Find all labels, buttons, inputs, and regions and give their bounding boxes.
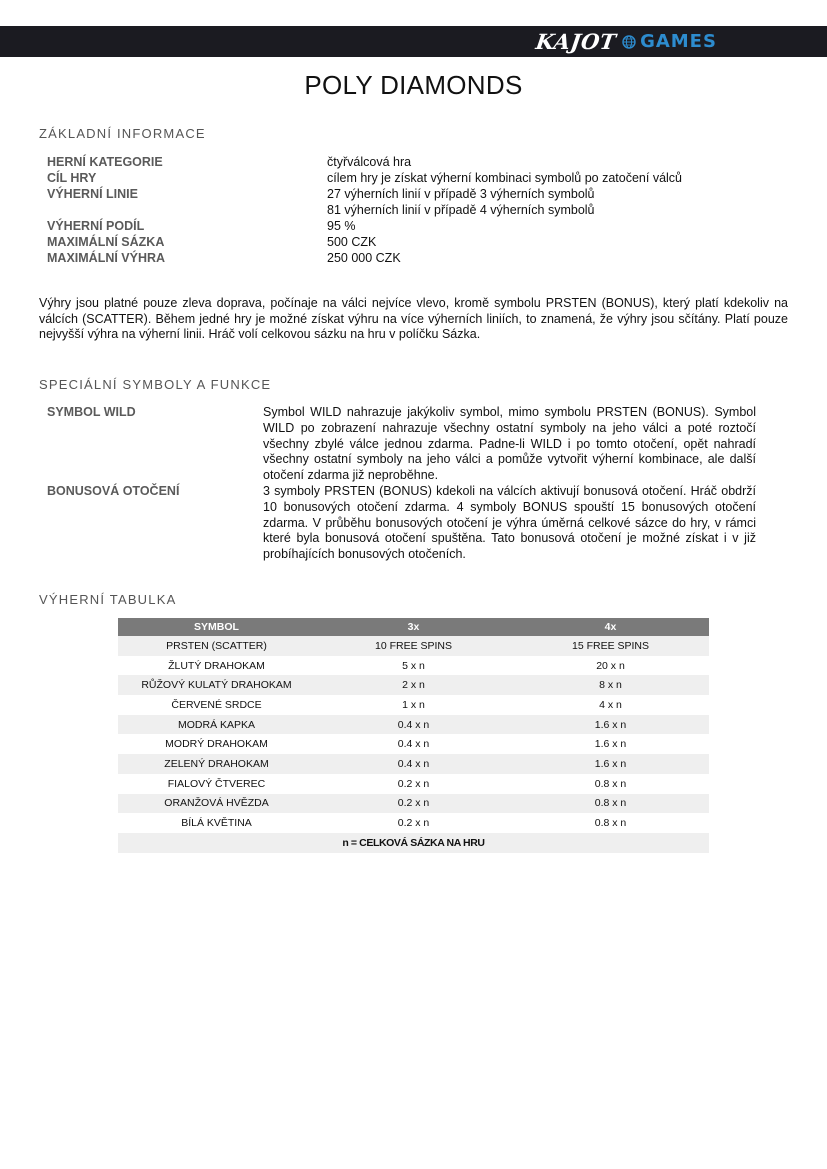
table-row: ORANŽOVÁ HVĚZDA0.2 x n0.8 x n (118, 794, 709, 814)
globe-icon (622, 35, 636, 49)
symbol-cell: RŮŽOVÝ KULATÝ DRAHOKAM (118, 675, 315, 695)
info-label: VÝHERNÍ LINIE (47, 186, 165, 202)
info-value: čtyřválcová hra (327, 154, 682, 170)
page-title: POLY DIAMONDS (0, 70, 827, 101)
symbol-cell: PRSTEN (SCATTER) (118, 636, 315, 656)
win-4x-cell: 1.6 x n (512, 715, 709, 735)
paytable-header-row: SYMBOL 3x 4x (118, 618, 709, 636)
special-label-wild: SYMBOL WILD (47, 405, 136, 419)
column-header-4x: 4x (512, 618, 709, 636)
header-bar: KAJOT GAMES (0, 26, 827, 57)
table-row: ZELENÝ DRAHOKAM0.4 x n1.6 x n (118, 754, 709, 774)
paytable-footnote: n = CELKOVÁ SÁZKA NA HRU (118, 833, 709, 853)
info-label: CÍL HRY (47, 170, 165, 186)
symbol-cell: ŽLUTÝ DRAHOKAM (118, 656, 315, 676)
table-row: MODRÁ KAPKA0.4 x n1.6 x n (118, 715, 709, 735)
basic-info-labels: HERNÍ KATEGORIE CÍL HRY VÝHERNÍ LINIE VÝ… (47, 154, 165, 266)
special-text-wild: Symbol WILD nahrazuje jakýkoliv symbol, … (263, 405, 756, 484)
win-4x-cell: 1.6 x n (512, 754, 709, 774)
table-row: ŽLUTÝ DRAHOKAM5 x n20 x n (118, 656, 709, 676)
win-3x-cell: 0.2 x n (315, 813, 512, 833)
info-value: cílem hry je získat výherní kombinaci sy… (327, 170, 682, 186)
table-row: RŮŽOVÝ KULATÝ DRAHOKAM2 x n8 x n (118, 675, 709, 695)
rules-paragraph: Výhry jsou platné pouze zleva doprava, p… (39, 296, 788, 343)
win-4x-cell: 0.8 x n (512, 774, 709, 794)
win-3x-cell: 1 x n (315, 695, 512, 715)
symbol-cell: BÍLÁ KVĚTINA (118, 813, 315, 833)
info-value: 81 výherních linií v případě 4 výherních… (327, 202, 682, 218)
table-row: ČERVENÉ SRDCE1 x n4 x n (118, 695, 709, 715)
win-3x-cell: 2 x n (315, 675, 512, 695)
symbol-cell: ČERVENÉ SRDCE (118, 695, 315, 715)
win-4x-cell: 20 x n (512, 656, 709, 676)
win-3x-cell: 0.2 x n (315, 794, 512, 814)
win-4x-cell: 4 x n (512, 695, 709, 715)
info-value: 500 CZK (327, 234, 682, 250)
info-label: MAXIMÁLNÍ VÝHRA (47, 250, 165, 266)
win-3x-cell: 0.4 x n (315, 734, 512, 754)
section-title-paytable: VÝHERNÍ TABULKA (39, 592, 176, 607)
info-label: MAXIMÁLNÍ SÁZKA (47, 234, 165, 250)
win-3x-cell: 0.4 x n (315, 754, 512, 774)
column-header-symbol: SYMBOL (118, 618, 315, 636)
logo-kajot-text: KAJOT (534, 29, 618, 54)
table-row: MODRÝ DRAHOKAM0.4 x n1.6 x n (118, 734, 709, 754)
kajot-games-logo: KAJOT GAMES (536, 26, 717, 57)
special-text-bonus: 3 symboly PRSTEN (BONUS) kdekoli na válc… (263, 484, 756, 563)
symbol-cell: MODRÁ KAPKA (118, 715, 315, 735)
info-value: 95 % (327, 218, 682, 234)
symbol-cell: ZELENÝ DRAHOKAM (118, 754, 315, 774)
win-3x-cell: 0.2 x n (315, 774, 512, 794)
info-label: HERNÍ KATEGORIE (47, 154, 165, 170)
win-3x-cell: 5 x n (315, 656, 512, 676)
paytable: SYMBOL 3x 4x PRSTEN (SCATTER)10 FREE SPI… (118, 618, 709, 853)
column-header-3x: 3x (315, 618, 512, 636)
info-label-spacer (47, 202, 165, 218)
logo-games-text: GAMES (640, 31, 717, 52)
win-4x-cell: 1.6 x n (512, 734, 709, 754)
win-4x-cell: 15 FREE SPINS (512, 636, 709, 656)
symbol-cell: ORANŽOVÁ HVĚZDA (118, 794, 315, 814)
win-4x-cell: 8 x n (512, 675, 709, 695)
win-4x-cell: 0.8 x n (512, 794, 709, 814)
basic-info-values: čtyřválcová hra cílem hry je získat výhe… (327, 154, 682, 266)
paytable-footnote-row: n = CELKOVÁ SÁZKA NA HRU (118, 833, 709, 853)
win-4x-cell: 0.8 x n (512, 813, 709, 833)
special-label-bonus: BONUSOVÁ OTOČENÍ (47, 484, 179, 498)
section-title-basic-info: ZÁKLADNÍ INFORMACE (39, 126, 206, 141)
win-3x-cell: 0.4 x n (315, 715, 512, 735)
info-value: 27 výherních linií v případě 3 výherních… (327, 186, 682, 202)
table-row: PRSTEN (SCATTER)10 FREE SPINS15 FREE SPI… (118, 636, 709, 656)
symbol-cell: FIALOVÝ ČTVEREC (118, 774, 315, 794)
symbol-cell: MODRÝ DRAHOKAM (118, 734, 315, 754)
table-row: BÍLÁ KVĚTINA0.2 x n0.8 x n (118, 813, 709, 833)
info-value: 250 000 CZK (327, 250, 682, 266)
info-label: VÝHERNÍ PODÍL (47, 218, 165, 234)
table-row: FIALOVÝ ČTVEREC0.2 x n0.8 x n (118, 774, 709, 794)
win-3x-cell: 10 FREE SPINS (315, 636, 512, 656)
section-title-special: SPECIÁLNÍ SYMBOLY A FUNKCE (39, 377, 271, 392)
